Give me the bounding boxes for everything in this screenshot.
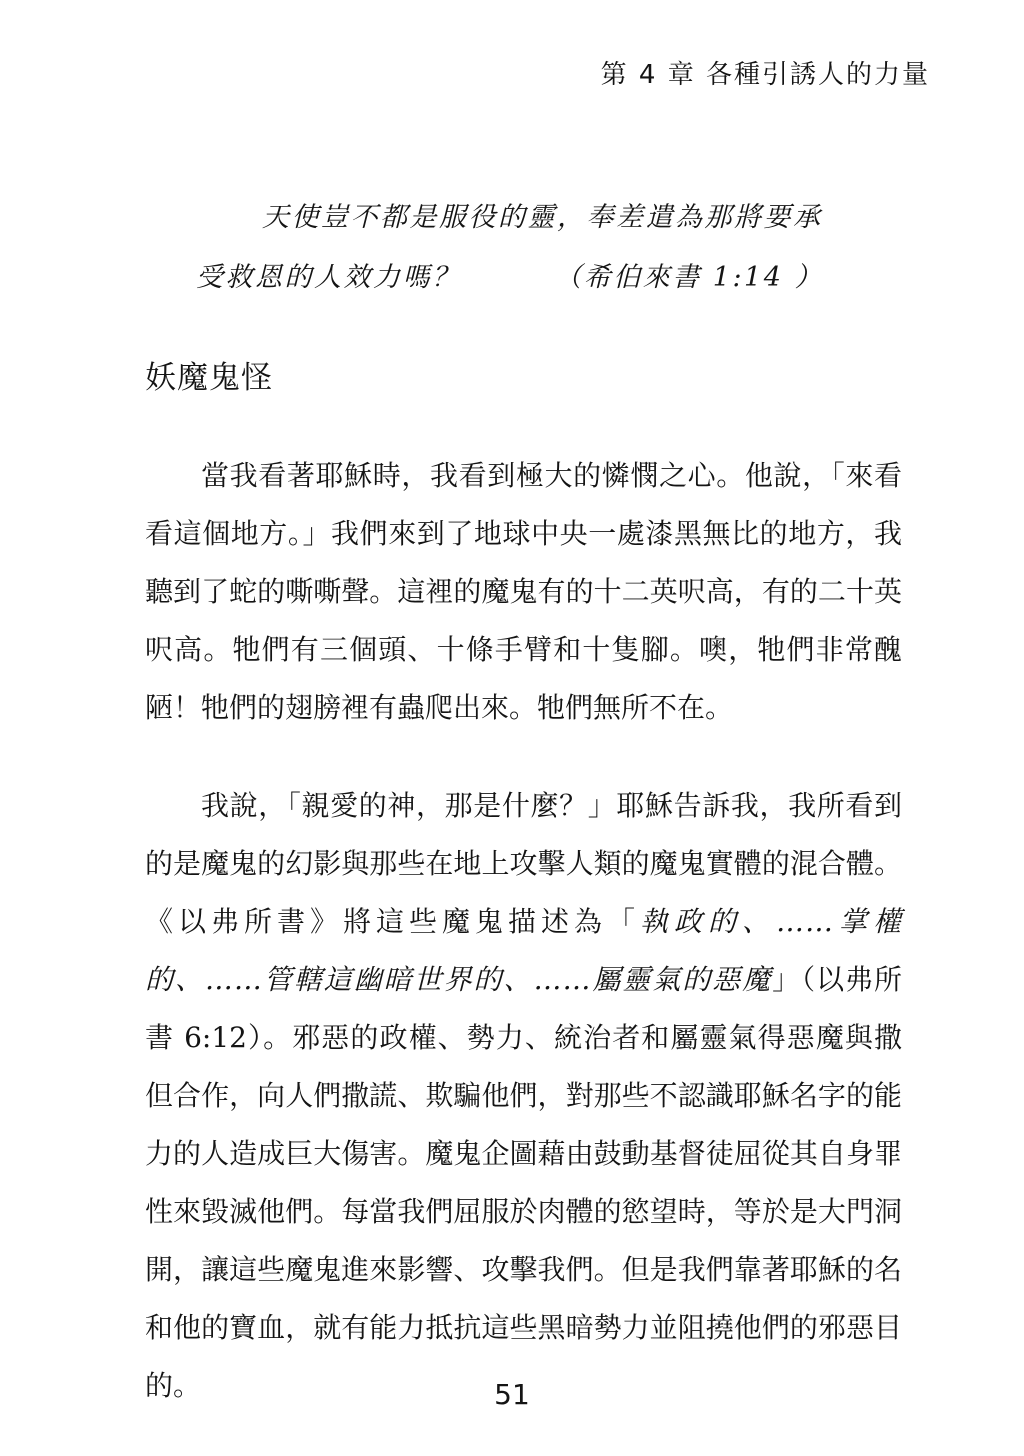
quote-citation: （希伯來書 1:14 ） [554,248,824,308]
quote-line-1: 天使豈不都是服役的靈，奉差遣為那將要承 [196,188,824,248]
paragraph-2: 我說，「親愛的神，那是什麼？」耶穌告訴我，我所看到的是魔鬼的幻影與那些在地上攻擊… [145,777,902,1415]
section-heading: 妖魔鬼怪 [145,352,273,397]
chapter-header: 第 4 章 各種引誘人的力量 [0,54,930,91]
paragraph-2-segment-normal-2: 」（以弗所書 6:12）。邪惡的政權、勢力、統治者和屬靈氣得惡魔與撒但合作，向人… [145,963,902,1402]
book-page: 第 4 章 各種引誘人的力量 天使豈不都是服役的靈，奉差遣為那將要承 受救恩的人… [0,0,1024,1456]
scripture-quote: 天使豈不都是服役的靈，奉差遣為那將要承 受救恩的人效力嗎？ （希伯來書 1:14… [196,188,824,308]
body-text: 當我看著耶穌時，我看到極大的憐憫之心。他說，「來看看這個地方。」我們來到了地球中… [145,447,902,1415]
quote-line-2: 受救恩的人效力嗎？ （希伯來書 1:14 ） [196,248,824,308]
quote-text-continued: 受救恩的人效力嗎？ [196,248,462,308]
page-number: 51 [0,1378,1024,1411]
paragraph-1: 當我看著耶穌時，我看到極大的憐憫之心。他說，「來看看這個地方。」我們來到了地球中… [145,447,902,737]
